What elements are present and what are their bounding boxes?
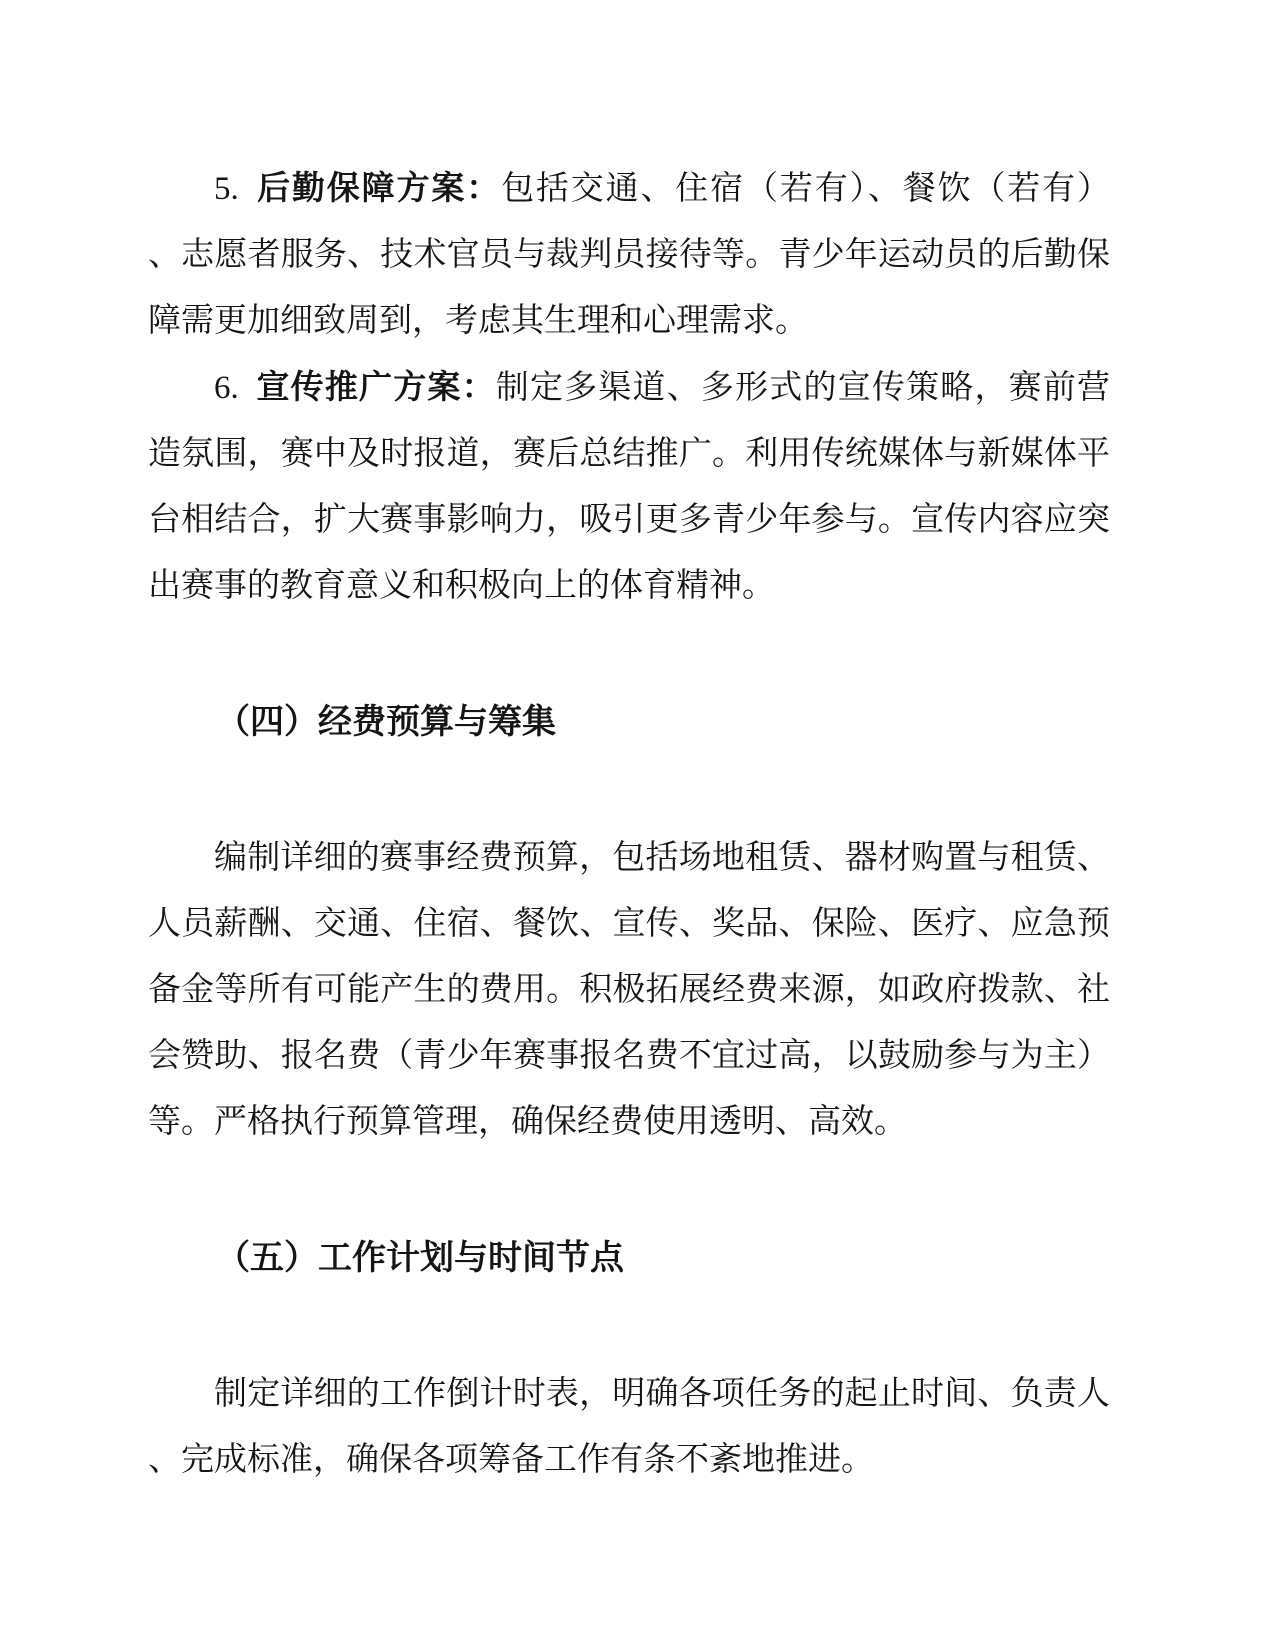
text-line: 编制详细的赛事经费预算，包括场地租赁、器材购置与租赁、 (148, 825, 1110, 891)
section-heading-budget: （四）经费预算与筹集 (148, 689, 1110, 755)
list-number: 5. (214, 171, 239, 207)
line-text: 制定多渠道、多形式的宣传策略，赛前营 (496, 370, 1110, 406)
text-line: 人员薪酬、交通、住宿、餐饮、宣传、奖品、保险、医疗、应急预 (148, 891, 1110, 957)
text-line: 、完成标准，确保各项筹备工作有条不紊地推进。 (148, 1427, 1110, 1493)
text-line: 会赞助、报名费（青少年赛事报名费不宜过高，以鼓励参与为主） (148, 1023, 1110, 1089)
paragraph-logistics-plan: 5.后勤保障方案：包括交通、住宿（若有）、餐饮（若有） 、志愿者服务、技术官员与… (148, 155, 1110, 354)
paragraph-budget: 编制详细的赛事经费预算，包括场地租赁、器材购置与租赁、 人员薪酬、交通、住宿、餐… (148, 825, 1110, 1155)
text-line: 备金等所有可能产生的费用。积极拓展经费来源，如政府拨款、社 (148, 957, 1110, 1023)
section-heading-work-plan: （五）工作计划与时间节点 (148, 1225, 1110, 1291)
text-line: 、志愿者服务、技术官员与裁判员接待等。青少年运动员的后勤保 (148, 222, 1110, 288)
text-line: 障需更加细致周到，考虑其生理和心理需求。 (148, 288, 1110, 354)
text-line: 5.后勤保障方案：包括交通、住宿（若有）、餐饮（若有） (148, 155, 1110, 222)
paragraph-work-plan: 制定详细的工作倒计时表，明确各项任务的起止时间、负责人 、完成标准，确保各项筹备… (148, 1361, 1110, 1493)
text-line: 等。严格执行预算管理，确保经费使用透明、高效。 (148, 1089, 1110, 1155)
list-number: 6. (214, 370, 239, 406)
item-label: 后勤保障方案： (255, 169, 501, 206)
paragraph-promotion-plan: 6.宣传推广方案：制定多渠道、多形式的宣传策略，赛前营 造氛围，赛中及时报道，赛… (148, 354, 1110, 619)
text-line: 出赛事的教育意义和积极向上的体育精神。 (148, 553, 1110, 619)
text-line: 制定详细的工作倒计时表，明确各项任务的起止时间、负责人 (148, 1361, 1110, 1427)
text-line: 6.宣传推广方案：制定多渠道、多形式的宣传策略，赛前营 (148, 354, 1110, 421)
text-line: 台相结合，扩大赛事影响力，吸引更多青少年参与。宣传内容应突 (148, 487, 1110, 553)
line-text: 包括交通、住宿（若有）、餐饮（若有） (501, 171, 1110, 207)
document-page: 5.后勤保障方案：包括交通、住宿（若有）、餐饮（若有） 、志愿者服务、技术官员与… (0, 0, 1275, 1650)
text-line: 造氛围，赛中及时报道，赛后总结推广。利用传统媒体与新媒体平 (148, 421, 1110, 487)
item-label: 宣传推广方案： (255, 368, 496, 405)
